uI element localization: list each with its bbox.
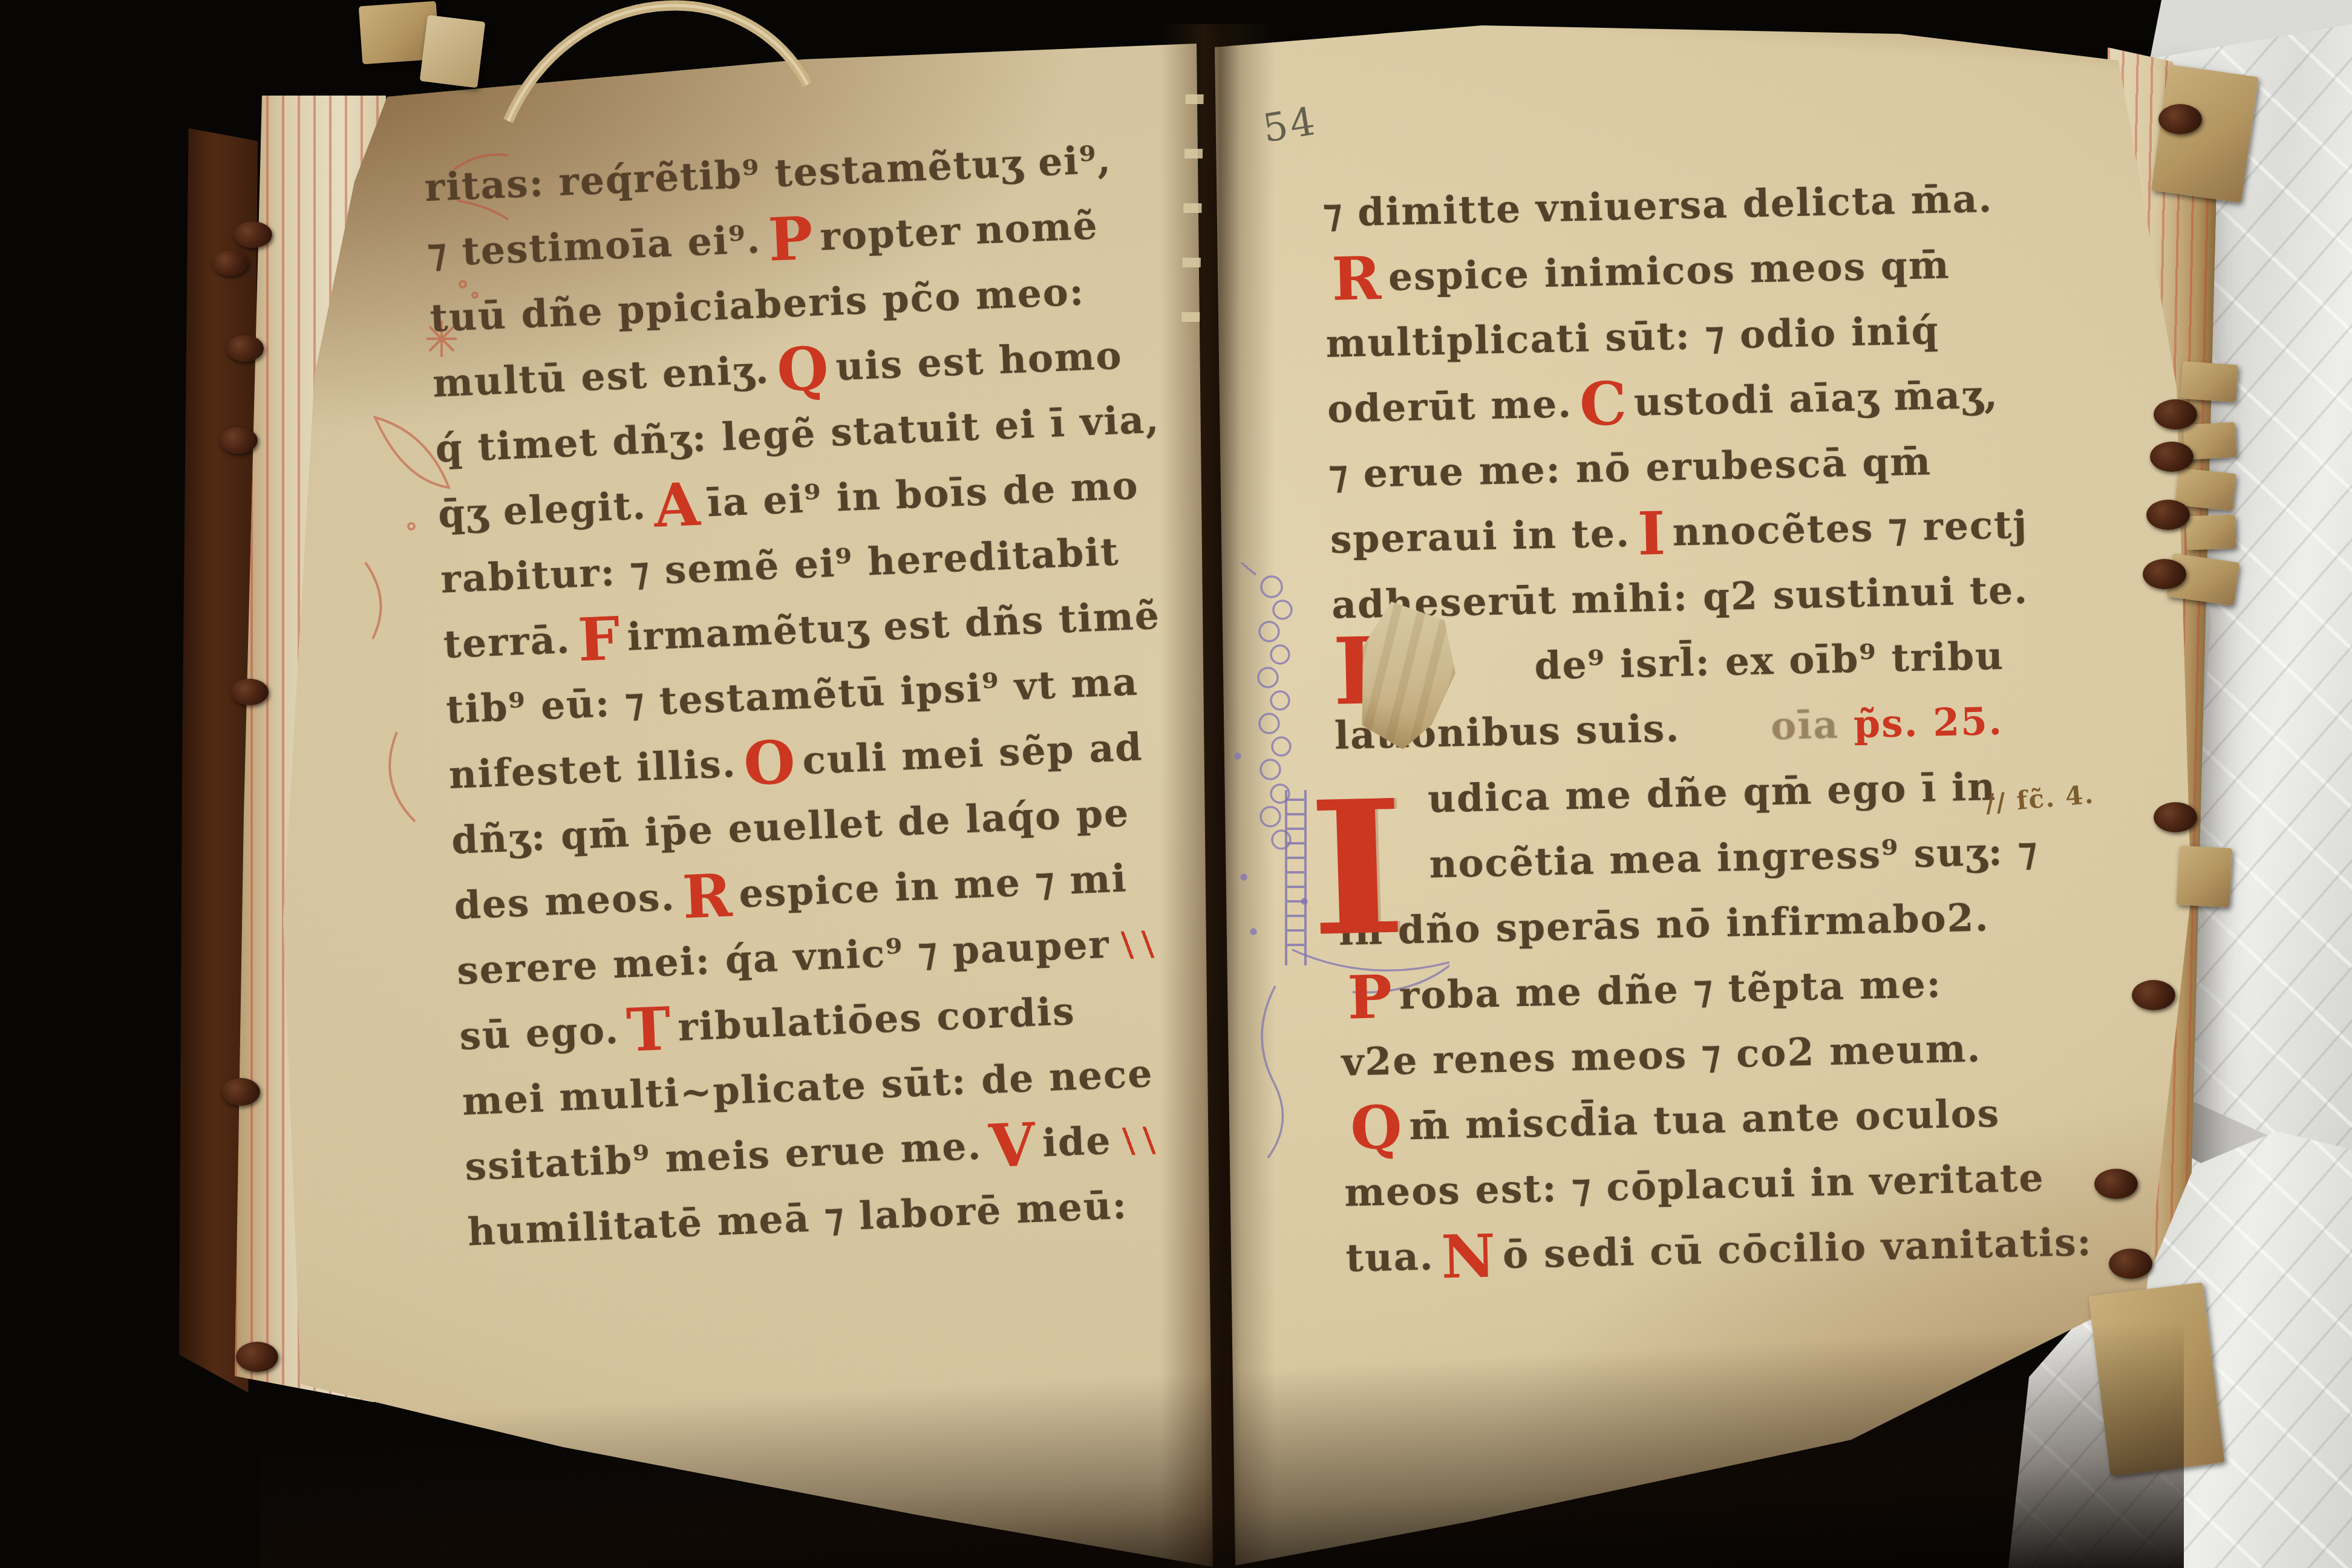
leather-knot [212, 250, 248, 276]
text-segment: nnocẽtes ⁊ rectj [1672, 502, 2028, 555]
text-segment: q̄ʒ elegit. [437, 483, 648, 536]
text-segment: multiplicati sūt: ⁊ odio iniq́ [1325, 308, 1939, 366]
rubric-initial: P [767, 204, 815, 275]
text-segment: speraui in te. [1330, 511, 1631, 562]
text-segment: ⁊ erue me: nō erubescā qm̄ [1328, 439, 1932, 497]
text-segment: tua. [1345, 1233, 1434, 1280]
text-segment [1119, 1126, 1160, 1155]
leather-knot [2158, 104, 2202, 134]
leather-knot [2154, 802, 2197, 832]
text-segment: m̄ miscd̄ia tua ante oculos [1409, 1091, 2001, 1148]
leather-knot [2143, 559, 2186, 589]
parchment-strap-loop [478, 0, 841, 133]
rubric-initial: Q [1350, 1093, 1404, 1163]
text-segment: sū ego. [459, 1007, 620, 1059]
text-segment: irmamẽtuʒ est dñs timẽ [626, 593, 1161, 659]
leather-knot [219, 427, 258, 454]
text-segment: udica me dñe qm̄ ego ī in [1427, 764, 1996, 821]
index-tab [2151, 65, 2259, 203]
text-segment: ⁊ dimitte vniuersa delicta m̄a. [1322, 176, 1993, 235]
text-segment: roba me dñe ⁊ tẽpta me: [1399, 961, 1942, 1018]
text-segment: v2e renes meos ⁊ co2 meum. [1341, 1026, 1982, 1085]
text-segment: culi mei sẽp ad [802, 724, 1144, 783]
text-segment: ropter nomẽ [819, 203, 1099, 259]
text-segment: ribulatiōes cordis [677, 988, 1076, 1050]
leather-knot [221, 1078, 260, 1106]
text-segment: ⁊ testimoīa ei⁹. [426, 217, 762, 275]
rubric-initial: R [1331, 244, 1383, 315]
open-manuscript-book: ritas: req́rẽtib⁹ testamẽtuʒ ei⁹,⁊ testi… [0, 0, 2352, 1568]
leather-knot [236, 1342, 278, 1372]
drop-cap-initial-I: I [1307, 783, 1408, 955]
text-segment: ide [1042, 1118, 1112, 1166]
leather-knot [2132, 980, 2175, 1010]
leather-knot [2146, 500, 2190, 530]
text-segment: oīa [1770, 702, 1839, 748]
rubric-initial: I [1637, 499, 1667, 569]
rubric-initial: N [1440, 1221, 1497, 1292]
text-segment: ustodi aīaʒ m̄aʒ, [1633, 372, 1999, 425]
rubric-initial: Q [776, 334, 831, 405]
rubric-initial: V [988, 1110, 1038, 1181]
left-text-block: ritas: req́rẽtib⁹ testamẽtuʒ ei⁹,⁊ testi… [423, 125, 1230, 1266]
index-tab [2176, 846, 2232, 907]
text-segment: nocẽtia mea ingress⁹ suʒ: ⁊ [1429, 828, 2039, 886]
text-segment [1444, 679, 1535, 681]
text-segment: espice inimicos meos qm̄ [1388, 242, 1950, 299]
text-segment: multū est eniʒ. [432, 347, 771, 406]
text-segment [1118, 930, 1159, 959]
top-parchment-tab [420, 15, 486, 88]
text-segment: des meos. [453, 874, 676, 928]
text-segment: nifestet illis. [448, 741, 737, 797]
text-segment: p̃s. 25. [1838, 699, 2003, 747]
leather-knot [226, 335, 264, 362]
leather-knot [234, 221, 272, 248]
rubric-initial: R [681, 861, 734, 932]
index-tab [2186, 515, 2236, 550]
rubric-initial: O [742, 728, 798, 799]
rubric-initial: C [1579, 369, 1628, 440]
text-segment: ō sedi cū cōcilio vanitatis: [1502, 1220, 2092, 1277]
leather-knot [2154, 399, 2197, 430]
text-segment: ssitatib⁹ meis erue me. [464, 1123, 983, 1189]
manuscript-photo-scene: ritas: req́rẽtib⁹ testamẽtuʒ ei⁹,⁊ testi… [0, 0, 2352, 1568]
text-segment: oderūt me. [1327, 381, 1572, 431]
text-segment: espice in me ⁊ mi [738, 855, 1128, 916]
text-segment: īa ei⁹ in boīs de mo [706, 463, 1139, 525]
leather-knot [2150, 442, 2194, 472]
right-text-block: ⁊ dimitte vniuersa delicta m̄a.Respice i… [1322, 165, 2133, 1292]
rubric-initial: A [653, 470, 703, 541]
text-segment: de⁹ isrl̄: ex oīb⁹ tribu [1534, 633, 2005, 688]
rubric-initial: F [577, 604, 622, 675]
text-segment: in dño sperās nō infirmabo2. [1338, 895, 1990, 953]
index-tab [2180, 361, 2238, 402]
text-segment: meos est: ⁊ cōplacui in veritate [1344, 1155, 2045, 1215]
text-segment [1681, 739, 1771, 741]
text-segment: uis est homo [835, 333, 1123, 389]
text-segment: terrā. [443, 617, 572, 667]
leather-knot [231, 679, 269, 705]
rubric-initial: T [625, 994, 673, 1065]
page-number: 54 [1260, 99, 1321, 151]
index-tab [2088, 1282, 2224, 1477]
